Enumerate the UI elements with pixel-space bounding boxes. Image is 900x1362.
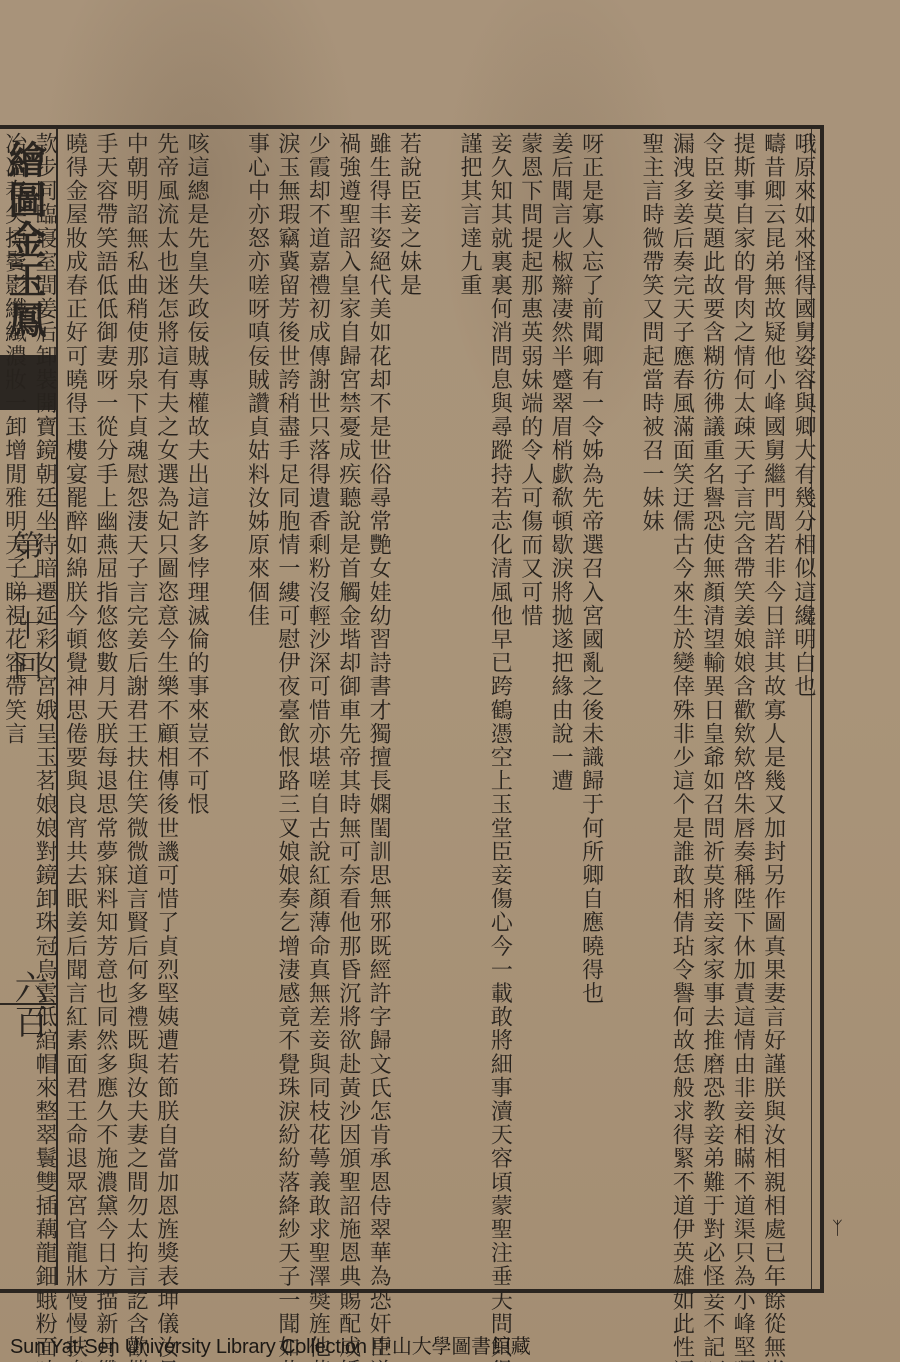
text-column: 禍強遵聖詔入皇家自歸宮禁憂成疾聽說是首觸金堦却御車先帝其時無可奈看他那昏沉將欲赴… bbox=[332, 132, 362, 1282]
text-column: 淚玉無瑕竊冀留芳後世誇稍盡手足同胞情一縷可慰伊夜臺飲恨路三叉娘娘奏乞增淒感竟不覺… bbox=[272, 132, 302, 1282]
text-column: 咳這總是先皇失政佞賊專權故夫出這許多悖理滅倫的事來豈不可恨 bbox=[181, 132, 241, 1282]
text-column: 若說臣妾之妹是 bbox=[393, 132, 453, 1282]
text-column: 提斯事自家的骨肉之情何太疎天子言完含帶笑姜娘娘含歡欸欸啓朱唇奏稱陛下休加責這情由… bbox=[727, 132, 757, 1282]
text-column: 雖生得丰姿絕代美如花却不是世俗尋常艷女娃幼習詩書才獨擅長嫻閨訓思無邪既經許字歸文… bbox=[363, 132, 393, 1282]
scanned-page: 繪圖金玉鳳 第二十回 六百 哦原來如來怪得國舅姿容與卿大有幾分相似這纔明白也疇昔… bbox=[0, 0, 900, 1362]
text-column: 曉得金屋妝成春正好可曉得玉樓宴罷醉如綿朕今頓覺神思倦要與良宵共去眠姜后聞言紅素面… bbox=[59, 132, 89, 1282]
ink-blot: ᛉ bbox=[832, 1218, 843, 1239]
text-column: 漏洩多姜后奏完天子應春風滿面笑迂儒古今來生於變倖殊非少這个是誰敢相倩玷令譽何故恁… bbox=[666, 132, 696, 1282]
text-column: 令臣妾莫題此故要含糊彷彿議重名譽恐使無顏清望輸異日皇爺如召問祈莫將妾家家事去推磨… bbox=[696, 132, 726, 1282]
text-column: 先帝風流太也迷怎將這有夫之女選為妃只圖恣意今生樂不顧相傳後世譏可惜了貞烈堅姨遭若… bbox=[150, 132, 180, 1282]
text-column: 謹把其言達九重 bbox=[454, 132, 484, 1282]
text-column: 手天容帶笑語低低御妻呀一從分手上幽燕屈指悠悠數月天朕每退思常夢寐料知芳意也同然多… bbox=[89, 132, 119, 1282]
text-column: 哦原來如來怪得國舅姿容與卿大有幾分相似這纔明白也 bbox=[788, 132, 818, 1282]
text-column: 少霞却不道嘉禮初成傳謝世只落得遺香剩粉沒輕沙深可惜亦堪嗟自古說紅顏薄命真無差妾與… bbox=[302, 132, 332, 1282]
text-column: 姜后聞言火椒辮凄然半蹙翠眉梢歔欷頓歇淚將拋遂把緣由說一遭 bbox=[545, 132, 575, 1282]
text-column: 呀正是寡人忘了前聞卿有一令姊為先帝選召入宮國亂之後未識歸于何所卿自應曉得也 bbox=[575, 132, 635, 1282]
text-column: 款步同臨寢室間姜后卸裝開寶鏡朝廷坐待暗遷延彩女宮娥呈玉茗娘娘對鏡卸珠冠烏雲低綰帽… bbox=[29, 132, 59, 1282]
text-column: 疇昔卿云昆弟無故疑他小峰國舅繼門閭若非今日詳其故寡人是幾又加封另作圖真果妻言好謹… bbox=[757, 132, 787, 1282]
vertical-text-body: 哦原來如來怪得國舅姿容與卿大有幾分相似這纔明白也疇昔卿云昆弟無故疑他小峰國舅繼門… bbox=[58, 132, 818, 1282]
text-column: 妾久知其就裏裏何消問息與尋蹤持若志化清風他早已跨鶴憑空上玉堂臣妾傷心今一載敢將細… bbox=[484, 132, 514, 1282]
text-column: 蒙恩下問提起那惠英弱妹端的令人可傷而又可惜 bbox=[514, 132, 544, 1282]
collection-watermark: Sun Yat-Sen University Library Collectio… bbox=[10, 1330, 531, 1359]
text-column: 事心中亦怒亦嗟呀嗔佞賊讚貞姑料汝姊原來個佳 bbox=[241, 132, 271, 1282]
text-column: 中朝明詔無私曲稍使那泉下貞魂慰怨淒天子言完姜后謝君王扶住笑微微道言賢后何多禮既與… bbox=[120, 132, 150, 1282]
text-column: 聖主言時微帶笑又問起當時被召一妹妹 bbox=[636, 132, 666, 1282]
text-column: 冶冶春尖掠鬢影纖纖濃妝一卸增閒雅明天子睇視花容帶笑言 bbox=[0, 132, 29, 1282]
